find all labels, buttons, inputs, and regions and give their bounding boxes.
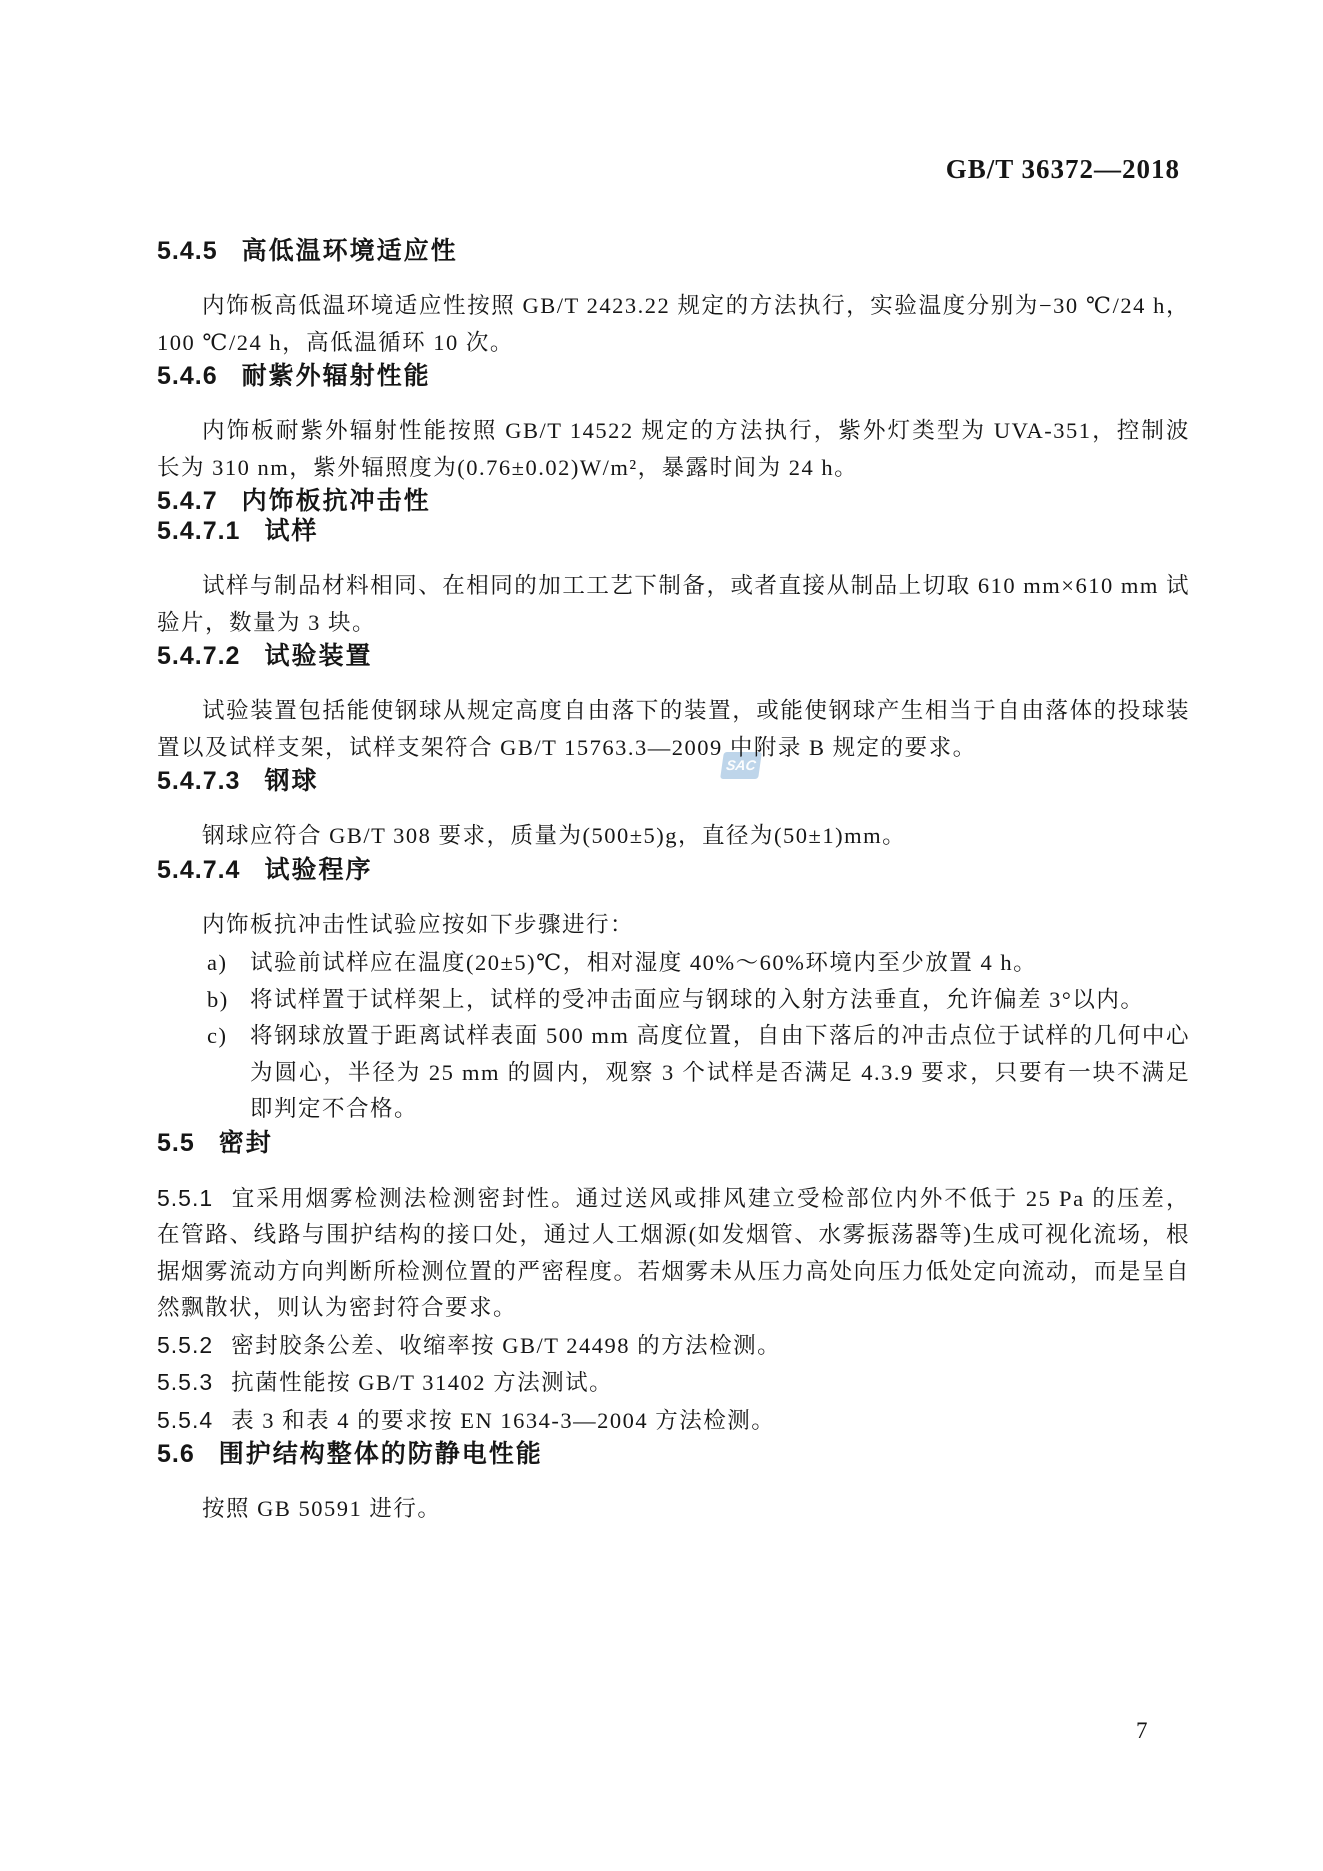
section-title: 内饰板抗冲击性 [242,487,431,515]
section-number: 5.4.7.2 [157,641,240,671]
section-number: 5.5 [157,1128,195,1158]
list-item-text: 试验前试样应在温度(20±5)℃，相对湿度 40%～60%环境内至少放置 4 h… [250,950,1037,975]
section-heading-5-6: 5.6围护结构整体的防静电性能 [157,1439,1190,1469]
clause-text: 宜采用烟雾检测法检测密封性。通过送风或排风建立受检部位内外不低于 25 Pa 的… [157,1186,1190,1321]
section-title: 钢球 [264,767,318,795]
section-title: 密封 [219,1129,273,1157]
paragraph-5-4-7-3: 钢球应符合 GB/T 308 要求，质量为(500±5)g，直径为(50±1)m… [157,818,1190,855]
list-marker: c) [207,1018,227,1055]
clause-text: 密封胶条公差、收缩率按 GB/T 24498 的方法检测。 [231,1333,781,1358]
paragraph-5-4-5: 内饰板高低温环境适应性按照 GB/T 2423.22 规定的方法执行，实验温度分… [157,288,1190,361]
section-number: 5.4.7 [157,486,218,516]
section-heading-5-5: 5.5密封 [157,1128,1190,1158]
section-heading-5-4-7-4: 5.4.7.4试验程序 [157,855,1190,885]
section-number: 5.4.7.1 [157,516,240,546]
document-page: GB/T 36372—2018 SAC 5.4.5高低温环境适应性 内饰板高低温… [0,0,1323,1871]
section-heading-5-4-7-3: 5.4.7.3钢球 [157,766,1190,796]
clause-text: 抗菌性能按 GB/T 31402 方法测试。 [231,1370,613,1395]
clause-5-5-3: 5.5.3抗菌性能按 GB/T 31402 方法测试。 [157,1364,1190,1402]
standard-code-header: GB/T 36372—2018 [946,154,1180,185]
section-title: 试验装置 [264,642,372,670]
section-number: 5.4.7.3 [157,766,240,796]
section-heading-5-4-7-1: 5.4.7.1试样 [157,516,1190,546]
section-heading-5-4-6: 5.4.6耐紫外辐射性能 [157,361,1190,391]
list-item-c: c) 将钢球放置于距离试样表面 500 mm 高度位置，自由下落后的冲击点位于试… [157,1018,1190,1128]
section-heading-5-4-7: 5.4.7内饰板抗冲击性 [157,486,1190,516]
clause-text: 表 3 和表 4 的要求按 EN 1634-3—2004 方法检测。 [231,1408,775,1433]
paragraph-5-4-7-1: 试样与制品材料相同、在相同的加工工艺下制备，或者直接从制品上切取 610 mm×… [157,568,1190,641]
page-number: 7 [1136,1718,1148,1744]
section-title: 围护结构整体的防静电性能 [219,1440,543,1468]
section-heading-5-4-7-2: 5.4.7.2试验装置 [157,641,1190,671]
list-marker: b) [207,982,229,1019]
paragraph-5-4-6: 内饰板耐紫外辐射性能按照 GB/T 14522 规定的方法执行，紫外灯类型为 U… [157,413,1190,486]
clause-number: 5.5.2 [157,1332,213,1358]
paragraph-5-6: 按照 GB 50591 进行。 [157,1491,1190,1528]
list-item-text: 将钢球放置于距离试样表面 500 mm 高度位置，自由下落后的冲击点位于试样的几… [250,1023,1190,1121]
clause-number: 5.5.4 [157,1407,213,1433]
section-number: 5.4.6 [157,361,218,391]
section-title: 试验程序 [264,856,372,884]
section-title: 试样 [264,517,318,545]
section-number: 5.4.7.4 [157,855,240,885]
test-steps-list: a) 试验前试样应在温度(20±5)℃，相对湿度 40%～60%环境内至少放置 … [157,945,1190,1128]
list-marker: a) [207,945,227,982]
paragraph-5-4-7-2: 试验装置包括能使钢球从规定高度自由落下的装置，或能使钢球产生相当于自由落体的投球… [157,693,1190,766]
section-heading-5-4-5: 5.4.5高低温环境适应性 [157,236,1190,266]
section-title: 耐紫外辐射性能 [242,362,431,390]
section-number: 5.4.5 [157,236,218,266]
section-title: 高低温环境适应性 [242,237,458,265]
clause-5-5-2: 5.5.2密封胶条公差、收缩率按 GB/T 24498 的方法检测。 [157,1327,1190,1365]
clause-5-5-1: 5.5.1宜采用烟雾检测法检测密封性。通过送风或排风建立受检部位内外不低于 25… [157,1180,1190,1327]
clause-5-5-4: 5.5.4表 3 和表 4 的要求按 EN 1634-3—2004 方法检测。 [157,1402,1190,1440]
paragraph-5-4-7-4-intro: 内饰板抗冲击性试验应按如下步骤进行： [157,907,1190,944]
clause-number: 5.5.3 [157,1369,213,1395]
list-item-text: 将试样置于试样架上，试样的受冲击面应与钢球的入射方法垂直，允许偏差 3°以内。 [250,987,1144,1012]
clause-number: 5.5.1 [157,1185,213,1211]
page-content: 5.4.5高低温环境适应性 内饰板高低温环境适应性按照 GB/T 2423.22… [157,236,1190,1528]
list-item-a: a) 试验前试样应在温度(20±5)℃，相对湿度 40%～60%环境内至少放置 … [157,945,1190,982]
list-item-b: b) 将试样置于试样架上，试样的受冲击面应与钢球的入射方法垂直，允许偏差 3°以… [157,982,1190,1019]
section-number: 5.6 [157,1439,195,1469]
